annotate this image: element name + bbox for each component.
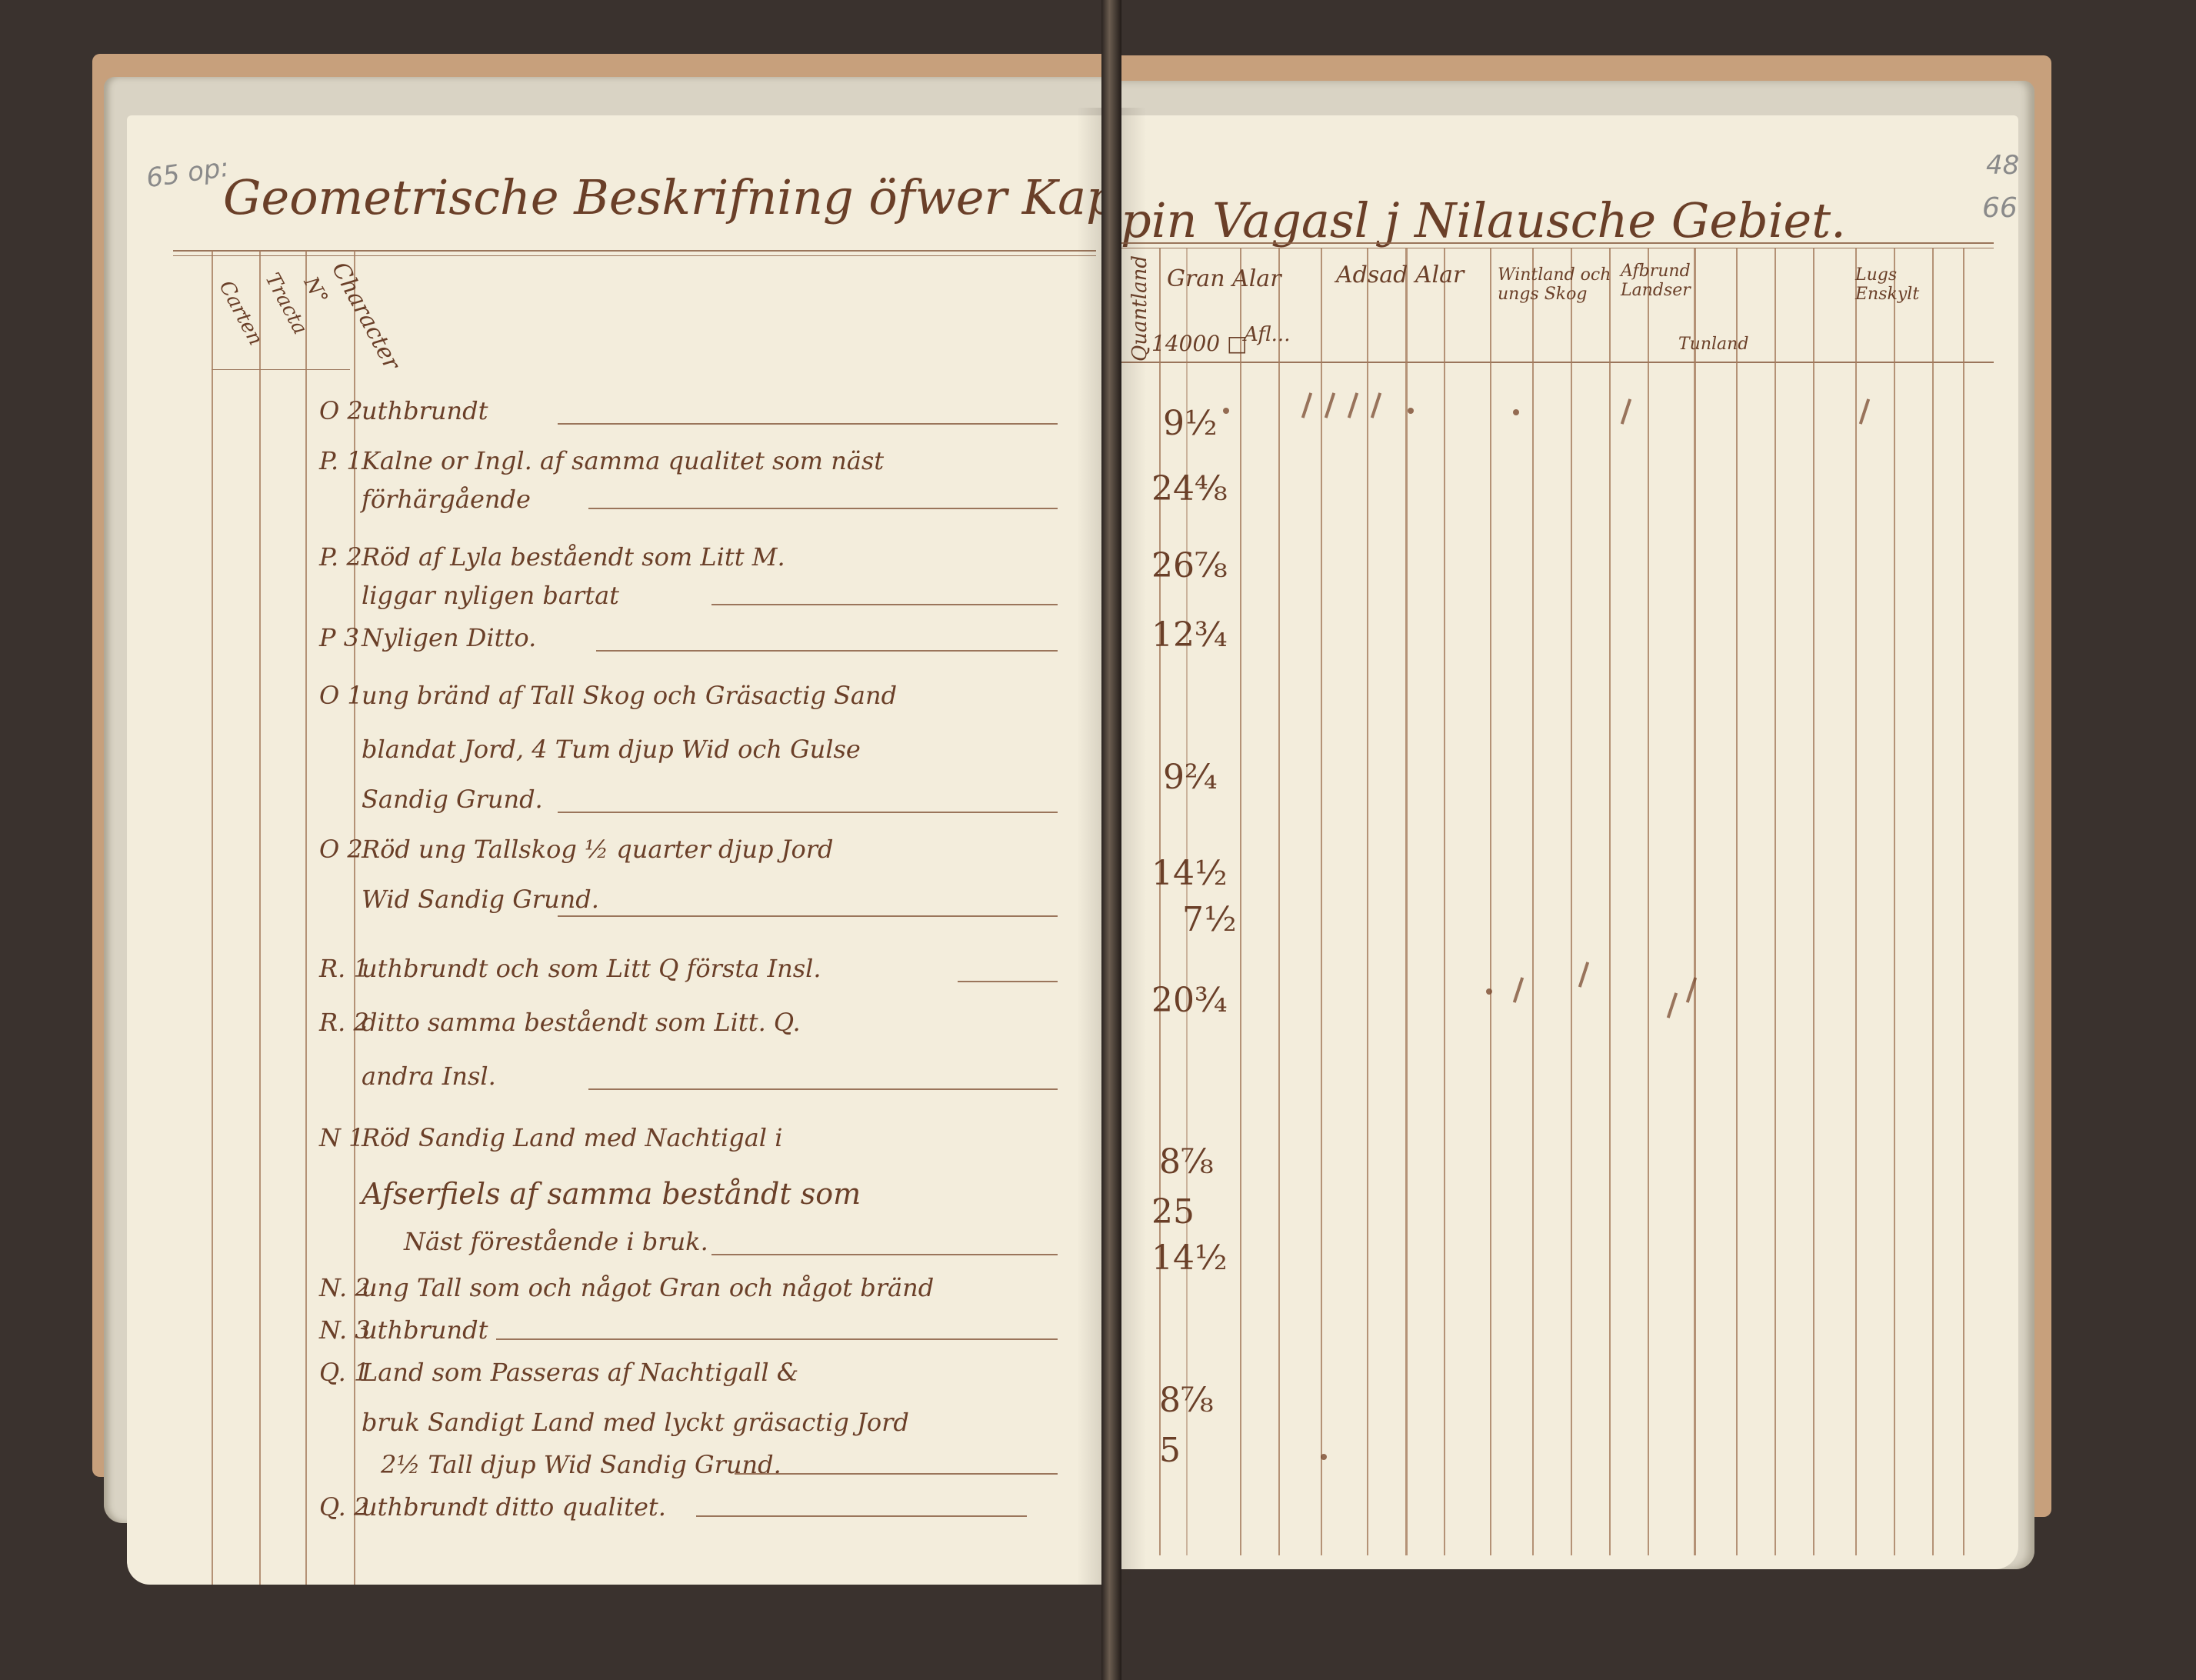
entry-text: Wid Sandig Grund.: [362, 885, 599, 914]
entry-code: P. 1: [319, 446, 362, 475]
entry-code: O 2: [319, 835, 363, 864]
column-header-tracta: Tracta: [261, 269, 312, 338]
pencil-folio-right-bottom: 66: [1982, 192, 2018, 224]
entry-text: Nyligen Ditto.: [362, 623, 536, 652]
entry-text: uthbrundt och som Litt Q första Insl.: [362, 954, 821, 983]
entry-text: liggar nyligen bartat: [362, 581, 619, 610]
entry-text: ung Tall som och något Gran och något br…: [362, 1273, 934, 1302]
entry-code: O 2: [319, 396, 363, 425]
area-value: 8⁷⁄₈: [1159, 1142, 1214, 1182]
entry-text: uthbrundt ditto qualitet.: [362, 1492, 666, 1522]
column-header-lugs: Lugs Enskylt: [1855, 265, 1924, 304]
area-value: 8⁷⁄₈: [1159, 1381, 1214, 1420]
entry-code: P 3: [319, 623, 359, 652]
entry-text: Röd ung Tallskog ½ quarter djup Jord: [362, 835, 834, 864]
left-page: 65 op: Geometrische Beskrifning öfwer Ka…: [127, 115, 1111, 1585]
area-value: 12¾: [1151, 615, 1228, 655]
column-header-afbrund-sub: Tunland: [1678, 335, 1748, 354]
area-value: 14½: [1151, 1238, 1228, 1278]
pencil-folio-right-top: 48: [1986, 150, 2018, 181]
entry-text: Sandig Grund.: [362, 785, 543, 814]
entry-text: uthbrundt: [362, 1315, 488, 1345]
area-value: 20¾: [1151, 981, 1228, 1020]
column-header-adsad-alar: Adsad Alar: [1336, 262, 1464, 288]
entry-text: ung bränd af Tall Skog och Gräsactig San…: [362, 681, 897, 710]
entry-text: förhärgående: [362, 485, 531, 514]
entry-text: Afserfiels af samma beståndt som: [362, 1177, 861, 1211]
entry-text: Röd af Lyla beståendt som Litt M.: [362, 542, 785, 572]
entry-text: Land som Passeras af Nachtigall &: [362, 1358, 798, 1387]
right-page: 48 66 pin Vagasl j Nilausche Gebiet. Qua…: [1117, 115, 2018, 1569]
entry-code: N 1: [319, 1123, 365, 1152]
scale-note: 14000 □: [1151, 331, 1247, 356]
area-value: 24⁴⁄₈: [1151, 469, 1228, 508]
entry-text: blandat Jord, 4 Tum djup Wid och Gulse: [362, 735, 861, 764]
entry-text: ditto samma beståendt som Litt. Q.: [362, 1008, 801, 1037]
column-header-gran-alar: Gran Alar: [1167, 265, 1281, 292]
entry-text: Röd Sandig Land med Nachtigal i: [362, 1123, 782, 1152]
column-header-afbrund: Afbrund Landser: [1621, 262, 1705, 300]
area-value: 9½: [1163, 404, 1218, 443]
column-header-gran-alar-sub: Afl...: [1244, 323, 1290, 346]
pencil-folio-left: 65 op:: [145, 152, 231, 195]
entry-text: bruk Sandigt Land med lyckt gräsactig Jo…: [362, 1408, 909, 1437]
area-value: 5: [1159, 1431, 1181, 1470]
entry-text: 2½ Tall djup Wid Sandig Grund.: [381, 1450, 781, 1479]
column-header-number: N°: [299, 273, 332, 308]
book-spine: [1101, 0, 1121, 1680]
entry-text: Kalne or Ingl. af samma qualitet som näs…: [362, 446, 884, 475]
area-value: 14½: [1151, 854, 1228, 893]
area-value: 26⁷⁄₈: [1151, 546, 1228, 585]
entry-text: uthbrundt: [362, 396, 488, 425]
page-title-right: pin Vagasl j Nilausche Gebiet.: [1121, 192, 1846, 248]
area-value: 7½: [1182, 900, 1237, 939]
area-value: 25: [1151, 1192, 1195, 1232]
entry-text: Näst förestående i bruk.: [404, 1227, 708, 1256]
entry-code: P. 2: [319, 542, 362, 572]
column-header-wintland: Wintland och ungs Skog: [1498, 265, 1613, 304]
page-title-left: Geometrische Beskrifning öfwer Kap-: [223, 169, 1111, 225]
area-value: 9²⁄₄: [1163, 758, 1218, 797]
column-header-character: Character: [326, 258, 405, 375]
entry-text: andra Insl.: [362, 1062, 496, 1091]
entry-code: O 1: [319, 681, 363, 710]
